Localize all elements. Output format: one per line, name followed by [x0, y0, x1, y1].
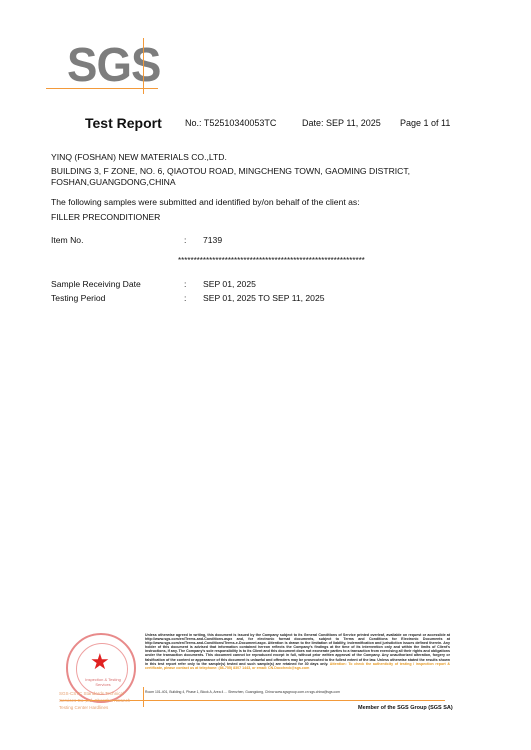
receiving-date-label: Sample Receiving Date [51, 279, 141, 289]
report-number: No.: T52510340053TC [185, 118, 276, 128]
company-address: Room 101-401, Building 4, Phase 1, Block… [145, 690, 450, 694]
item-no-label: Item No. [51, 235, 83, 245]
separator-stars: ****************************************… [178, 256, 365, 265]
intro-text: The following samples were submitted and… [51, 197, 360, 207]
page-indicator: Page 1 of 11 [400, 118, 450, 128]
client-address-line1: BUILDING 3, F ZONE, NO. 6, QIAOTOU ROAD,… [51, 166, 410, 176]
report-date: Date: SEP 11, 2025 [302, 118, 381, 128]
testing-period-colon: : [184, 293, 186, 303]
seal-text: Inspection & Testing Services [81, 677, 125, 687]
star-icon: ★ [90, 649, 110, 675]
disclaimer-text: Unless otherwise agreed in writing, this… [145, 633, 450, 670]
sgs-member-text: Member of the SGS Group (SGS SA) [358, 705, 453, 711]
report-title: Test Report [85, 115, 162, 131]
item-no-colon: : [184, 235, 186, 245]
branch-name: SGS-CSTC Standards Technical Services Co… [59, 690, 141, 711]
sgs-logo: SGS [67, 42, 160, 90]
testing-period-value: SEP 01, 2025 TO SEP 11, 2025 [203, 293, 325, 303]
footer-vertical-line [143, 687, 144, 707]
logo-horizontal-line [46, 88, 158, 89]
client-address-line2: FOSHAN,GUANGDONG,CHINA [51, 177, 176, 187]
testing-period-label: Testing Period [51, 293, 105, 303]
item-no-value: 7139 [203, 235, 222, 245]
sample-name: FILLER PRECONDITIONER [51, 212, 160, 222]
receiving-date-value: SEP 01, 2025 [203, 279, 256, 289]
logo-vertical-line [143, 38, 144, 94]
client-name: YINQ (FOSHAN) NEW MATERIALS CO.,LTD. [51, 152, 227, 162]
receiving-date-colon: : [184, 279, 186, 289]
